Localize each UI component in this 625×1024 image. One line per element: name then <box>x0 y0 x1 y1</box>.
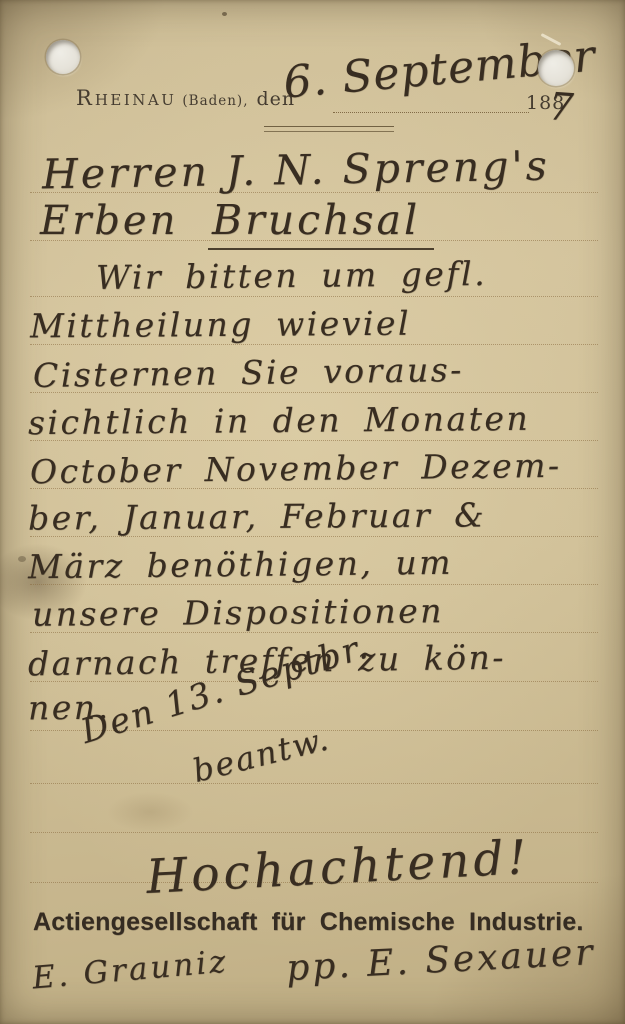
letterhead-place-initial: R <box>76 86 95 110</box>
body-line: ber, Januar, Februar & <box>28 495 486 537</box>
paper-speck <box>222 12 227 16</box>
paper-speck <box>18 556 26 562</box>
body-line: October November Dezem- <box>30 446 562 491</box>
date-dotted-leader <box>333 112 529 113</box>
body-line: Cisternen Sie voraus- <box>33 350 464 395</box>
body-line: unsere Dispositionen <box>32 591 444 634</box>
signature-right: pp. E. Sexauer <box>285 932 596 989</box>
punch-hole-right <box>538 50 574 86</box>
letterhead-place-rest: HEINAU <box>95 91 177 109</box>
signature-left: E. Grauniz <box>31 944 230 997</box>
handwritten-year-digit: 7 <box>547 84 574 130</box>
closing-hochachtend: Hochachtend! <box>145 830 532 905</box>
letterhead-region: (Baden), <box>182 93 248 109</box>
punch-hole-left <box>46 40 80 74</box>
letterhead-place: RHEINAU(Baden),den <box>76 86 295 110</box>
body-line: sichtlich in den Monaten <box>28 399 530 442</box>
recipient-erben: Erben <box>40 198 178 244</box>
recipient-line1: Herren J. N. Spreng's <box>42 142 550 199</box>
recipient-city-underlined: Bruchsal <box>208 196 434 250</box>
body-line: Wir bitten um gefl. <box>96 254 487 297</box>
printed-company-name: Actiengesellschaft für Chemische Industr… <box>33 908 584 937</box>
body-line: Mittheilung wieviel <box>30 304 411 346</box>
ruled-line <box>30 783 598 784</box>
postcard-document: RHEINAU(Baden),den 188 6. September 7 He… <box>0 0 625 1024</box>
body-line: März benöthigen, um <box>28 543 453 586</box>
printed-double-rule <box>264 126 394 132</box>
